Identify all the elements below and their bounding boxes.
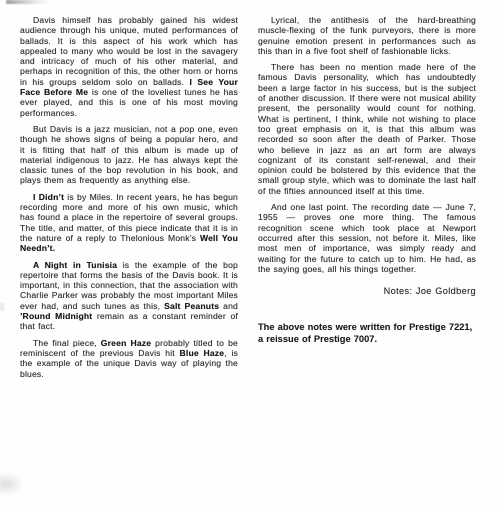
scan-artifact-smudge bbox=[0, 303, 4, 311]
scan-artifact-smudge bbox=[6, 0, 50, 4]
notes-credit: Notes: Joe Goldberg bbox=[258, 286, 476, 296]
liner-notes-page: Davis himself has probably gained his wi… bbox=[0, 0, 500, 508]
left-column: Davis himself has probably gained his wi… bbox=[20, 15, 238, 385]
liner-notes-paragraph: There has been no mention made here of t… bbox=[258, 62, 476, 196]
reissue-note: The above notes were written for Prestig… bbox=[258, 322, 476, 345]
liner-notes-paragraph: But Davis is a jazz musician, not a pop … bbox=[20, 124, 238, 186]
right-column: Lyrical, the antithesis of the hard-brea… bbox=[258, 15, 476, 385]
liner-notes-paragraph: I Didn’t is by Miles. In recent years, h… bbox=[20, 192, 238, 254]
liner-notes-paragraph: And one last point. The recording date —… bbox=[258, 202, 476, 274]
liner-notes-columns: Davis himself has probably gained his wi… bbox=[20, 15, 476, 385]
liner-notes-paragraph: Lyrical, the antithesis of the hard-brea… bbox=[258, 15, 476, 56]
liner-notes-paragraph: The final piece, Green Haze probably tit… bbox=[20, 338, 238, 379]
liner-notes-paragraph: A Night in Tunisia is the example of the… bbox=[20, 260, 238, 332]
liner-notes-paragraph: Davis himself has probably gained his wi… bbox=[20, 15, 238, 118]
scan-artifact-smudge bbox=[0, 472, 24, 496]
